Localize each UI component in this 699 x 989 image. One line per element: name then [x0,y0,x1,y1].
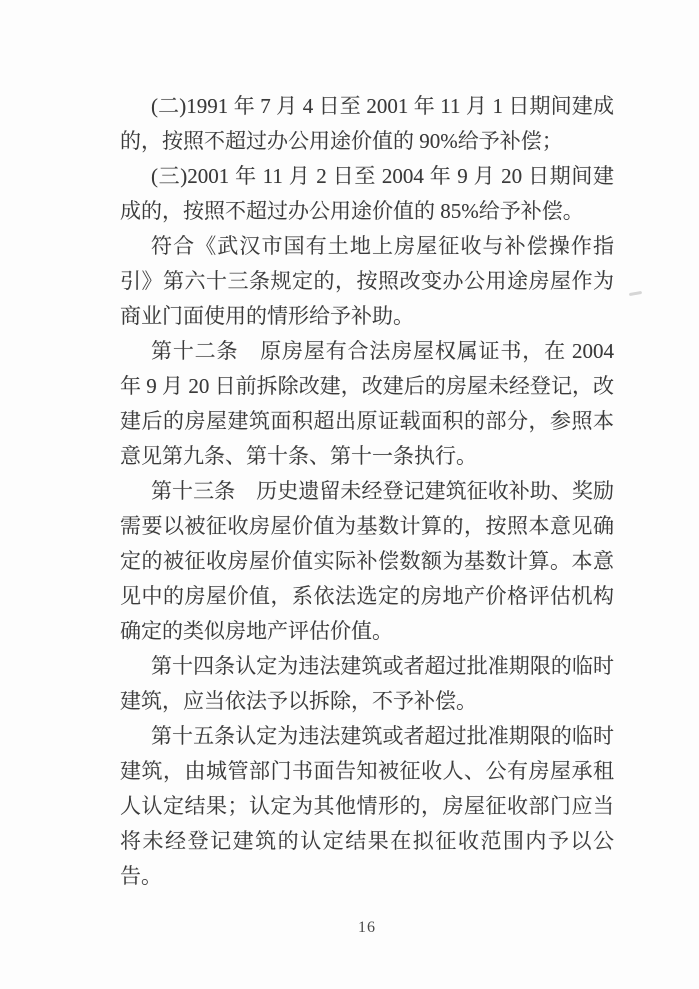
paragraph-subsidy-guideline: 符合《武汉市国有土地上房屋征收与补偿操作指引》第六十三条规定的，按照改变办公用途… [120,229,614,334]
paragraph-item-2-1991: (二)1991 年 7 月 4 日至 2001 年 11 月 1 日期间建成的，… [120,89,614,159]
document-page: (二)1991 年 7 月 4 日至 2001 年 11 月 1 日期间建成的，… [0,0,699,989]
paragraph-item-3-2001: (三)2001 年 11 月 2 日至 2004 年 9 月 20 日期间建成的… [120,159,614,229]
paragraph-article-15: 第十五条认定为违法建筑或者超过批准期限的临时建筑，由城管部门书面告知被征收人、公… [120,719,614,894]
page-number: 16 [120,919,614,937]
paragraph-article-13: 第十三条 历史遗留未经登记建筑征收补助、奖励需要以被征收房屋价值为基数计算的，按… [120,474,614,649]
document-text-block: (二)1991 年 7 月 4 日至 2001 年 11 月 1 日期间建成的，… [120,89,614,894]
paragraph-article-14: 第十四条认定为违法建筑或者超过批准期限的临时建筑，应当依法予以拆除，不予补偿。 [120,649,614,719]
paragraph-article-12: 第十二条 原房屋有合法房屋权属证书，在 2004 年 9 月 20 日前拆除改建… [120,334,614,474]
scan-smudge-mark [629,291,642,296]
